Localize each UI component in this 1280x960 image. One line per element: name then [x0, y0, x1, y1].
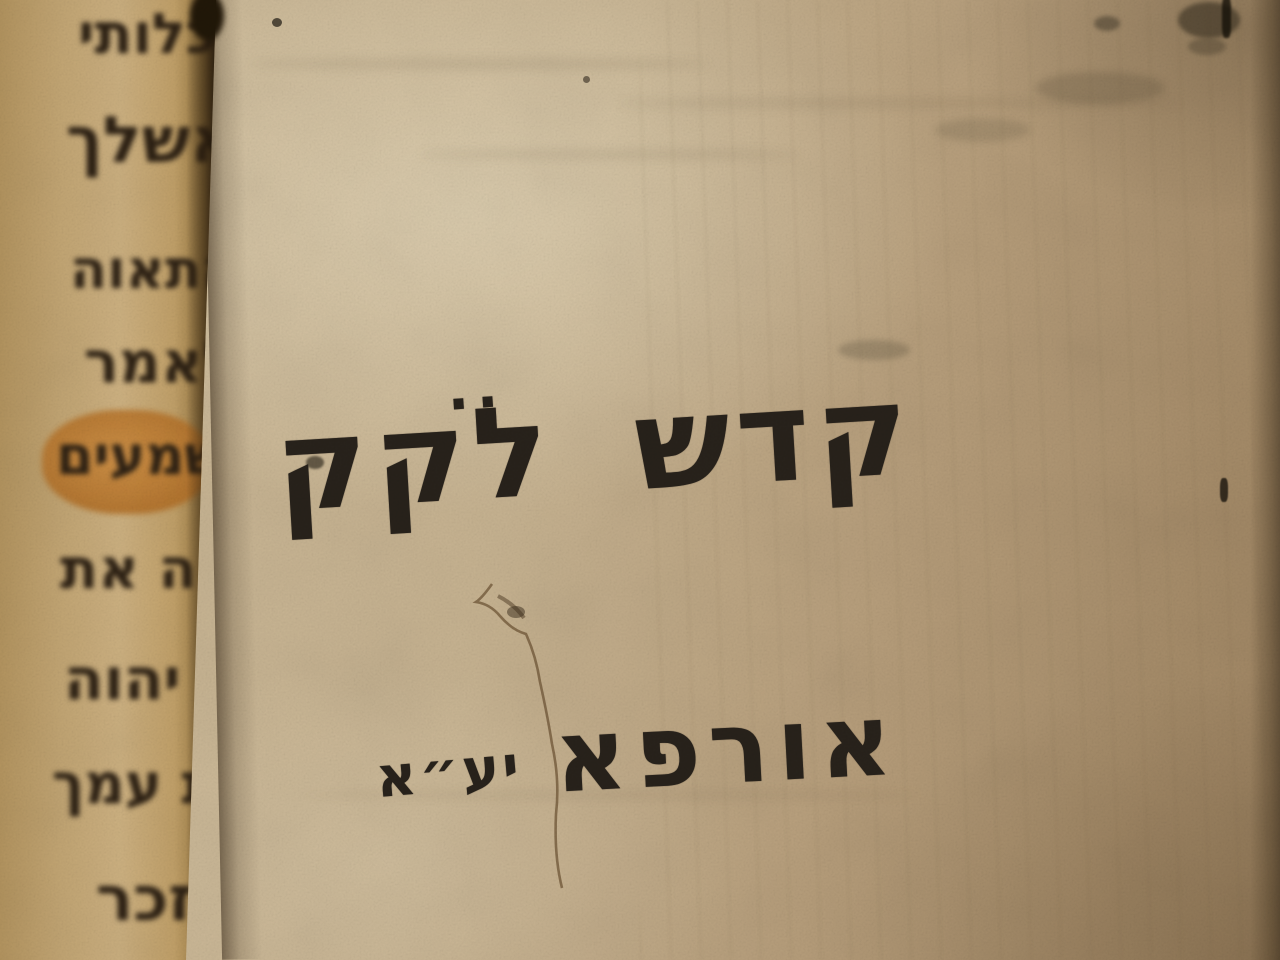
left-page-text-line: יהוה — [64, 645, 181, 713]
left-page-edge: לכלותי ואשלך התאוה לאמר שמעים ה את יהוה … — [0, 0, 218, 960]
inscription-line1: קדש לקק — [287, 367, 918, 530]
left-page-text-line: זכר — [96, 862, 193, 935]
abbreviation-dots: ·· — [446, 374, 508, 434]
inscription-place-name: אורפא — [498, 690, 903, 811]
manuscript-photo: קדש לקק ·· אורפא יע״א לכלותי ואשלך התאוה… — [0, 0, 1280, 960]
left-page-text-line: ה את — [60, 537, 197, 602]
inscription-abbreviation: יע״א — [370, 739, 524, 808]
